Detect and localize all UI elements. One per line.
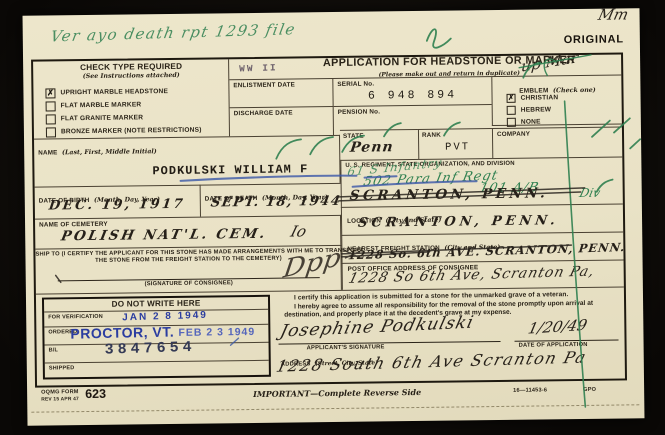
form-title: APPLICATION FOR HEADSTONE OR MARKER xyxy=(299,57,599,68)
form-number-block: OQMG FORM REV 15 APR 47 xyxy=(41,389,79,403)
form-border-box: CHECK TYPE REQUIRED (See Instructions at… xyxy=(31,52,627,387)
verification-date-stamp: JAN 2 8 1949 xyxy=(122,310,208,324)
ordered-city-stamp: PROCTOR, VT. xyxy=(70,324,174,342)
ww2-stamp: WW II xyxy=(239,62,278,74)
for-verification-label: FOR VERIFICATION xyxy=(48,314,103,322)
dod-value: SEPT. 18, 1944 xyxy=(210,194,343,211)
emblem-section: EMBLEM (Check one) ✗CHRISTIAN HEBREW NON… xyxy=(491,75,622,126)
name-value: PODKULSKI WILLIAM F xyxy=(152,162,308,178)
cemetery-flourish: Io xyxy=(289,222,309,240)
perforation-line xyxy=(31,404,639,412)
discharge-date-label: DISCHARGE DATE xyxy=(234,109,293,117)
rank-value: PVT xyxy=(445,141,470,153)
cemetery-value: POLISH NAT'L. CEM. xyxy=(60,226,269,245)
dob-field: DATE OF BIRTH (Month, Day, Year) DEC. 19… xyxy=(35,185,201,219)
dob-value: DEC. 19, 1917 xyxy=(48,197,186,214)
check-type-subtitle: (See Instructions attached) xyxy=(33,71,229,80)
company-label: COMPANY xyxy=(497,131,530,138)
checkbox-icon xyxy=(507,118,516,127)
bl-label: B/L xyxy=(49,347,59,354)
original-label: ORIGINAL xyxy=(564,33,624,46)
gpo-label: GPO xyxy=(583,387,596,394)
rank-label: RANK xyxy=(422,132,441,139)
scan-background: Ver ayo death rpt 1293 file Mm ORIGINAL … xyxy=(0,0,665,435)
po-address-field: POST OFFICE ADDRESS OF CONSIGNEE 1228 So… xyxy=(342,259,624,289)
check-option-label: FLAT MARBLE MARKER xyxy=(61,102,142,110)
certification-section: I certify this application is submitted … xyxy=(276,286,625,382)
emblem-option-label: NONE xyxy=(521,119,541,126)
rank-field: RANK PVT xyxy=(418,128,492,159)
name-label-paren: (Last, First, Middle Initial) xyxy=(62,148,157,156)
check-option-label: UPRIGHT MARBLE HEADSTONE xyxy=(60,88,168,96)
check-type-title: CHECK TYPE REQUIRED xyxy=(33,62,229,71)
print-code: 16—11453-6 xyxy=(513,387,547,394)
do-not-write-title: DO NOT WRITE HERE xyxy=(44,299,268,309)
corner-handwritten-note: Mm xyxy=(596,5,630,23)
serial-no-value: 6 948 894 xyxy=(333,88,491,103)
ordered-date-stamp: FEB 2 3 1949 xyxy=(178,326,255,339)
pension-no-field: PENSION No. xyxy=(334,104,492,130)
regiment-note-4: Div xyxy=(578,186,602,200)
ship-to-field: SHIP TO (I CERTIFY THE APPLICANT FOR THI… xyxy=(35,245,342,294)
checkbox-icon xyxy=(46,127,56,137)
location-field: LOCATION (City and State) SCRANTON, PENN… xyxy=(341,203,623,234)
shipped-label: SHIPPED xyxy=(49,365,75,372)
cemetery-field: NAME OF CEMETERY POLISH NAT'L. CEM. Io xyxy=(35,215,341,249)
application-date-value: 1/20/49 xyxy=(526,316,589,338)
enlistment-date-field: ENLISTMENT DATE xyxy=(229,79,333,107)
name-label-row: NAME (Last, First, Middle Initial) xyxy=(38,140,157,159)
do-not-write-box: DO NOT WRITE HERE FOR VERIFICATION ORDER… xyxy=(42,295,271,380)
emblem-title-paren: (Check one) xyxy=(553,87,596,95)
state-value: Penn xyxy=(349,139,394,156)
name-field: NAME (Last, First, Middle Initial) PODKU… xyxy=(34,135,341,187)
form-number-line2: REV 15 APR 47 xyxy=(41,396,79,403)
location-value: SCRANTON, PENN. xyxy=(357,213,560,230)
state-field: STATE Penn xyxy=(340,129,418,160)
discharge-date-field: DISCHARGE DATE xyxy=(230,106,334,136)
regiment-crossed-value: SCRANTON, PENN. xyxy=(349,185,549,203)
serial-no-label: SERIAL No. xyxy=(337,80,374,87)
pension-no-label: PENSION No. xyxy=(338,108,381,116)
name-label: NAME xyxy=(38,149,57,156)
company-field: COMPANY xyxy=(492,126,622,158)
check-option-label: FLAT GRANITE MARKER xyxy=(61,115,144,123)
office-row-divider xyxy=(45,360,269,364)
green-slash-3 xyxy=(630,139,640,148)
freight-station-field: NEAREST FREIGHT STATION (City and State)… xyxy=(341,231,623,262)
headstone-application-form: Ver ayo death rpt 1293 file Mm ORIGINAL … xyxy=(23,8,645,426)
applicant-signature-line xyxy=(279,341,501,345)
check-type-section: CHECK TYPE REQUIRED (See Instructions at… xyxy=(33,59,230,138)
bl-number-stamp: 3847654 xyxy=(104,339,195,359)
serial-no-field: SERIAL No. 6 948 894 xyxy=(333,77,491,106)
green-check-top xyxy=(427,29,451,48)
check-option-label: BRONZE MARKER (NOTE RESTRICTIONS) xyxy=(61,127,202,136)
regiment-field: U. S. REGIMENT, STATE ORGANIZATION, AND … xyxy=(340,156,623,206)
top-handwritten-note: Ver ayo death rpt 1293 file xyxy=(49,20,297,45)
form-number: 623 xyxy=(85,387,106,401)
dod-field: DATE OF DEATH (Month, Day, Year) SEPT. 1… xyxy=(201,183,341,217)
enlistment-date-label: ENLISTMENT DATE xyxy=(233,81,295,89)
important-note: IMPORTANT—Complete Reverse Side xyxy=(177,386,497,400)
